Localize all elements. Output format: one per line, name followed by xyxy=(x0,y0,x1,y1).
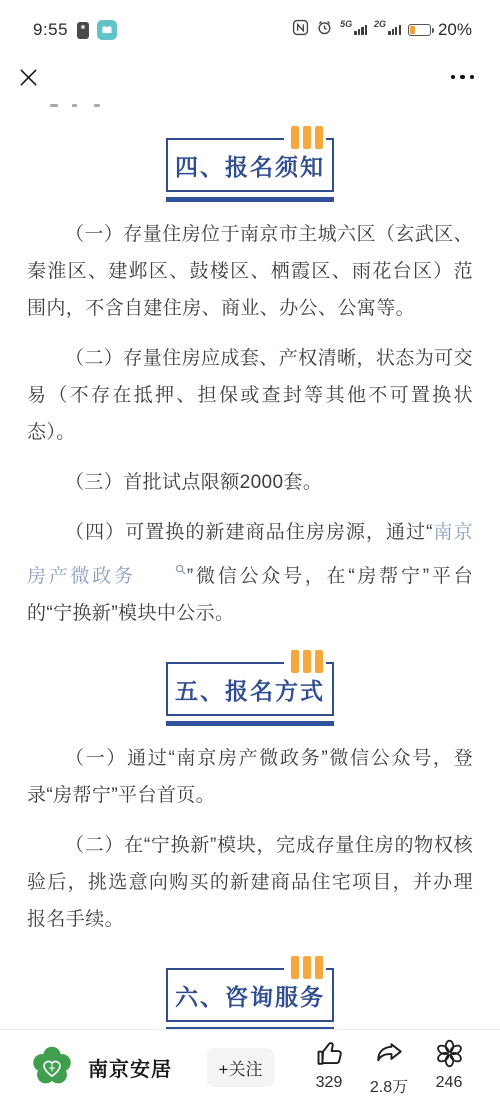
recorder-icon xyxy=(77,22,89,39)
paragraph: （二）在“宁换新”模块，完成存量住房的物权核验后，挑选意向购买的新建商品住宅项目… xyxy=(27,827,473,938)
heading-decoration-bars xyxy=(284,650,326,673)
wow-flower-icon xyxy=(434,1038,465,1072)
account-entry[interactable]: 南京安居 xyxy=(30,1044,172,1091)
paragraph-text: （四）可置换的新建商品住房房源，通过“ xyxy=(65,522,433,543)
section-heading: 六、咨询服务 xyxy=(166,968,334,1032)
battery-percent: 20% xyxy=(438,20,472,40)
section-heading: 五、报名方式 xyxy=(166,662,334,726)
heading-decoration-bars xyxy=(284,126,326,149)
forward-button[interactable]: 2.8万 xyxy=(362,1038,416,1097)
account-avatar xyxy=(30,1044,74,1091)
section-consulting-service: 六、咨询服务 xyxy=(0,968,500,1032)
follow-button[interactable]: +关注 xyxy=(207,1048,275,1087)
more-menu-icon[interactable] xyxy=(446,75,475,80)
paragraph: （三）首批试点限额2000套。 xyxy=(27,464,473,501)
account-name: 南京安居 xyxy=(88,1053,172,1082)
alarm-icon xyxy=(316,19,333,41)
paragraph: （二）存量住房应成套、产权清晰，状态为可交易（不存在抵押、担保或查封等其他不可置… xyxy=(27,340,473,451)
status-bar: 9:55 5G 2G 20% xyxy=(0,0,500,54)
heading-underline xyxy=(166,197,334,202)
article-body: 四、报名须知 （一）存量住房位于南京市主城六区（玄武区、秦淮区、建邺区、鼓楼区、… xyxy=(0,138,500,1032)
clipped-text-remnant xyxy=(0,100,500,112)
signal-2g-icon: 2G xyxy=(374,25,401,35)
paragraph: （一）通过“南京房产微政务”微信公众号，登录“房帮宁”平台首页。 xyxy=(27,740,473,814)
paragraph: （一）存量住房位于南京市主城六区（玄武区、秦淮区、建邺区、鼓楼区、栖霞区、雨花台… xyxy=(27,216,473,327)
engagement-stats: 329 2.8万 246 xyxy=(296,1038,476,1097)
like-count: 329 xyxy=(316,1074,343,1092)
close-icon[interactable] xyxy=(17,66,40,89)
share-arrow-icon xyxy=(374,1038,405,1072)
wow-count: 246 xyxy=(436,1074,463,1092)
section-heading: 四、报名须知 xyxy=(166,138,334,202)
heading-underline xyxy=(166,721,334,726)
footer-bar: 南京安居 +关注 329 2.8万 xyxy=(0,1029,500,1105)
heading-decoration-bars xyxy=(284,956,326,979)
section-registration-notes: 四、报名须知 （一）存量住房位于南京市主城六区（玄武区、秦淮区、建邺区、鼓楼区、… xyxy=(0,138,500,632)
section-registration-method: 五、报名方式 （一）通过“南京房产微政务”微信公众号，登录“房帮宁”平台首页。 … xyxy=(0,662,500,938)
clock-time: 9:55 xyxy=(33,20,68,40)
signal-5g-icon: 5G xyxy=(340,25,367,35)
reading-app-icon xyxy=(97,20,117,40)
like-button[interactable]: 329 xyxy=(302,1038,356,1097)
forward-count: 2.8万 xyxy=(370,1074,408,1097)
nav-bar xyxy=(0,54,500,100)
nfc-icon xyxy=(292,19,309,41)
wow-button[interactable]: 246 xyxy=(422,1038,476,1097)
thumbs-up-icon xyxy=(314,1038,345,1072)
battery-icon xyxy=(408,24,431,36)
paragraph: （四）可置换的新建商品住房房源，通过“南京房产微政务”微信公众号，在“房帮宁”平… xyxy=(27,514,473,632)
search-icon[interactable] xyxy=(137,551,186,588)
